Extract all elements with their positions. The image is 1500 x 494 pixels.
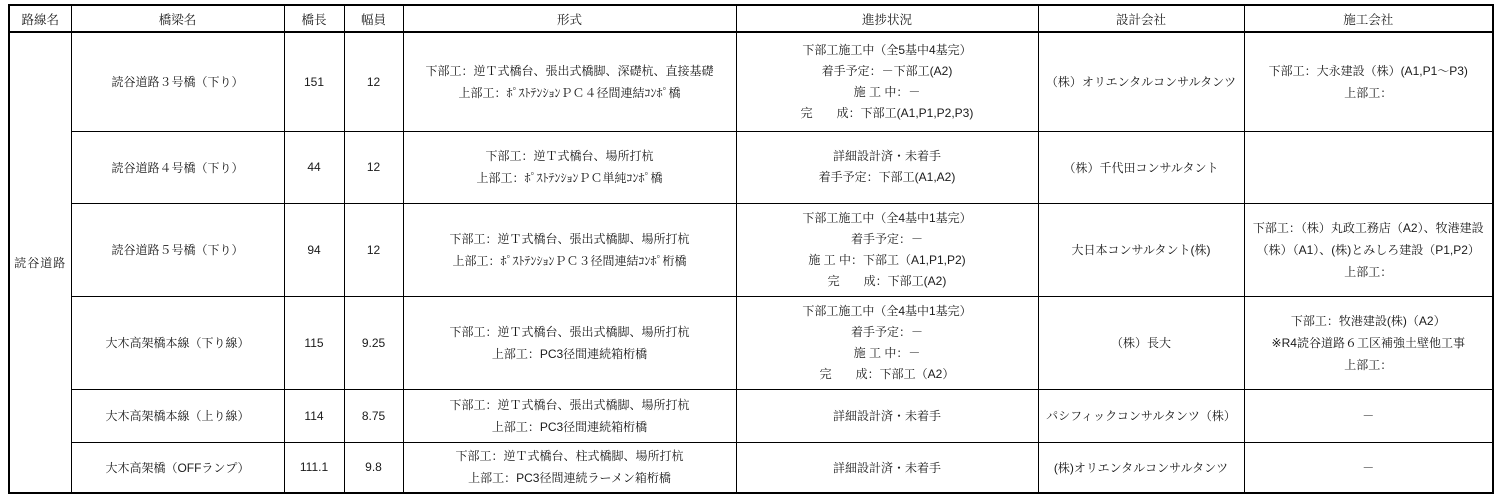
table-row: 大木高架橋本線（下り線） 115 9.25 下部工：逆Ｔ式橋台、張出式橋脚、場所…: [9, 296, 1493, 389]
contractor-line: 上部工：: [1249, 82, 1489, 104]
progress-line: 着手予定：－: [741, 229, 1034, 250]
superstructure-type: 上部工：PC3径間連続箱桁橋: [408, 416, 732, 438]
substructure-type: 下部工：逆Ｔ式橋台、場所打杭: [408, 145, 732, 167]
construction-company-cell: 下部工：大永建設（株）(A1,P1～P3) 上部工：: [1244, 32, 1493, 131]
bridge-length-cell: 115: [284, 296, 344, 389]
header-design-company: 設計会社: [1038, 5, 1244, 32]
header-bridge-name: 橋梁名: [71, 5, 284, 32]
contractor-line: ※R4読谷道路６工区補強土壁他工事: [1249, 332, 1489, 354]
progress-line: 着手予定：下部工(A1,A2): [741, 167, 1034, 188]
contractor-line: 上部工：: [1249, 354, 1489, 376]
contractor-line: 下部工：牧港建設(株)（A2）: [1249, 310, 1489, 332]
bridge-width-cell: 12: [344, 203, 403, 296]
progress-line: 施 工 中：－: [741, 343, 1034, 364]
substructure-type: 下部工：逆Ｔ式橋台、張出式橋脚、場所打杭: [408, 394, 732, 416]
bridge-length-cell: 111.1: [284, 442, 344, 493]
superstructure-type: 上部工：PC3径間連続箱桁橋: [408, 343, 732, 365]
progress-cell: 詳細設計済・未着手 着手予定：下部工(A1,A2): [736, 131, 1038, 203]
progress-line: 完 成：下部工(A1,P1,P2,P3): [741, 103, 1034, 124]
bridge-length-cell: 114: [284, 389, 344, 442]
design-company-cell: パシフィックコンサルタンツ（株）: [1038, 389, 1244, 442]
design-company-cell: （株）千代田コンサルタント: [1038, 131, 1244, 203]
header-route: 路線名: [9, 5, 71, 32]
table-row: 読谷道路 読谷道路３号橋（下り） 151 12 下部工：逆Ｔ式橋台、張出式橋脚、…: [9, 32, 1493, 131]
structure-type-cell: 下部工：逆Ｔ式橋台、張出式橋脚、場所打杭 上部工：ﾎﾟｽﾄﾃﾝｼｮﾝＰＣ３径間連…: [403, 203, 736, 296]
bridge-name-cell: 読谷道路４号橋（下り）: [71, 131, 284, 203]
bridge-width-cell: 12: [344, 32, 403, 131]
superstructure-type: 上部工：PC3径間連続ラーメン箱桁橋: [408, 467, 732, 489]
bridge-name-cell: 大木高架橋本線（下り線）: [71, 296, 284, 389]
table-row: 大木高架橋本線（上り線） 114 8.75 下部工：逆Ｔ式橋台、張出式橋脚、場所…: [9, 389, 1493, 442]
bridge-status-table: 路線名 橋梁名 橋長 幅員 形式 進捗状況 設計会社 施工会社 読谷道路 読谷道…: [8, 4, 1494, 494]
contractor-line: （株）（A1）、(株)とみしろ建設（P1,P2）: [1249, 239, 1489, 261]
structure-type-cell: 下部工：逆Ｔ式橋台、張出式橋脚、場所打杭 上部工：PC3径間連続箱桁橋: [403, 389, 736, 442]
progress-line: 下部工施工中（全5基中4基完）: [741, 40, 1034, 61]
construction-company-cell: 下部工：（株）丸政工務店（A2）、牧港建設 （株）（A1）、(株)とみしろ建設（…: [1244, 203, 1493, 296]
page: 路線名 橋梁名 橋長 幅員 形式 進捗状況 設計会社 施工会社 読谷道路 読谷道…: [0, 0, 1500, 494]
superstructure-type: 上部工：ﾎﾟｽﾄﾃﾝｼｮﾝＰＣ単純ｺﾝﾎﾟ橋: [408, 167, 732, 189]
construction-company-cell: 下部工：牧港建設(株)（A2） ※R4読谷道路６工区補強土壁他工事 上部工：: [1244, 296, 1493, 389]
superstructure-type: 上部工：ﾎﾟｽﾄﾃﾝｼｮﾝＰＣ４径間連結ｺﾝﾎﾟ橋: [408, 82, 732, 104]
progress-cell: 詳細設計済・未着手: [736, 442, 1038, 493]
design-company-cell: (株)オリエンタルコンサルタンツ: [1038, 442, 1244, 493]
construction-company-cell: －: [1244, 442, 1493, 493]
bridge-name-cell: 読谷道路３号橋（下り）: [71, 32, 284, 131]
progress-line: 下部工施工中（全4基中1基完）: [741, 301, 1034, 322]
progress-cell: 詳細設計済・未着手: [736, 389, 1038, 442]
header-structure-type: 形式: [403, 5, 736, 32]
header-bridge-length: 橋長: [284, 5, 344, 32]
substructure-type: 下部工：逆Ｔ式橋台、張出式橋脚、場所打杭: [408, 228, 732, 250]
table-row: 読谷道路５号橋（下り） 94 12 下部工：逆Ｔ式橋台、張出式橋脚、場所打杭 上…: [9, 203, 1493, 296]
contractor-line: 下部工：（株）丸政工務店（A2）、牧港建設: [1249, 217, 1489, 239]
bridge-length-cell: 44: [284, 131, 344, 203]
bridge-width-cell: 8.75: [344, 389, 403, 442]
structure-type-cell: 下部工：逆Ｔ式橋台、柱式橋脚、場所打杭 上部工：PC3径間連続ラーメン箱桁橋: [403, 442, 736, 493]
bridge-name-cell: 大木高架橋本線（上り線）: [71, 389, 284, 442]
bridge-width-cell: 9.8: [344, 442, 403, 493]
progress-line: 着手予定：－: [741, 322, 1034, 343]
header-progress: 進捗状況: [736, 5, 1038, 32]
design-company-cell: （株）オリエンタルコンサルタンツ: [1038, 32, 1244, 131]
progress-cell: 下部工施工中（全4基中1基完） 着手予定：－ 施 工 中：下部工（A1,P1,P…: [736, 203, 1038, 296]
progress-line: 詳細設計済・未着手: [741, 146, 1034, 167]
contractor-line: 上部工：: [1249, 261, 1489, 283]
contractor-line: 下部工：大永建設（株）(A1,P1～P3): [1249, 60, 1489, 82]
bridge-width-cell: 12: [344, 131, 403, 203]
substructure-type: 下部工：逆Ｔ式橋台、張出式橋脚、場所打杭: [408, 321, 732, 343]
bridge-length-cell: 151: [284, 32, 344, 131]
progress-line: 完 成：下部工（A2）: [741, 364, 1034, 385]
substructure-type: 下部工：逆Ｔ式橋台、張出式橋脚、深礎杭、直接基礎: [408, 60, 732, 82]
substructure-type: 下部工：逆Ｔ式橋台、柱式橋脚、場所打杭: [408, 445, 732, 467]
header-bridge-width: 幅員: [344, 5, 403, 32]
bridge-length-cell: 94: [284, 203, 344, 296]
design-company-cell: 大日本コンサルタント(株): [1038, 203, 1244, 296]
superstructure-type: 上部工：ﾎﾟｽﾄﾃﾝｼｮﾝＰＣ３径間連結ｺﾝﾎﾟ桁橋: [408, 250, 732, 272]
progress-cell: 下部工施工中（全5基中4基完） 着手予定：－下部工(A2) 施 工 中：－ 完 …: [736, 32, 1038, 131]
structure-type-cell: 下部工：逆Ｔ式橋台、場所打杭 上部工：ﾎﾟｽﾄﾃﾝｼｮﾝＰＣ単純ｺﾝﾎﾟ橋: [403, 131, 736, 203]
route-name-cell: 読谷道路: [9, 32, 71, 493]
bridge-width-cell: 9.25: [344, 296, 403, 389]
progress-line: 施 工 中：－: [741, 82, 1034, 103]
bridge-name-cell: 読谷道路５号橋（下り）: [71, 203, 284, 296]
progress-line: 施 工 中：下部工（A1,P1,P2): [741, 250, 1034, 271]
construction-company-cell: [1244, 131, 1493, 203]
construction-company-cell: －: [1244, 389, 1493, 442]
progress-line: 着手予定：－下部工(A2): [741, 61, 1034, 82]
bridge-name-cell: 大木高架橋（OFFランプ）: [71, 442, 284, 493]
table-row: 読谷道路４号橋（下り） 44 12 下部工：逆Ｔ式橋台、場所打杭 上部工：ﾎﾟｽ…: [9, 131, 1493, 203]
progress-line: 完 成：下部工(A2): [741, 271, 1034, 292]
structure-type-cell: 下部工：逆Ｔ式橋台、張出式橋脚、深礎杭、直接基礎 上部工：ﾎﾟｽﾄﾃﾝｼｮﾝＰＣ…: [403, 32, 736, 131]
table-row: 大木高架橋（OFFランプ） 111.1 9.8 下部工：逆Ｔ式橋台、柱式橋脚、場…: [9, 442, 1493, 493]
structure-type-cell: 下部工：逆Ｔ式橋台、張出式橋脚、場所打杭 上部工：PC3径間連続箱桁橋: [403, 296, 736, 389]
header-construction-company: 施工会社: [1244, 5, 1493, 32]
progress-cell: 下部工施工中（全4基中1基完） 着手予定：－ 施 工 中：－ 完 成：下部工（A…: [736, 296, 1038, 389]
design-company-cell: （株）長大: [1038, 296, 1244, 389]
progress-line: 下部工施工中（全4基中1基完）: [741, 208, 1034, 229]
header-row: 路線名 橋梁名 橋長 幅員 形式 進捗状況 設計会社 施工会社: [9, 5, 1493, 32]
